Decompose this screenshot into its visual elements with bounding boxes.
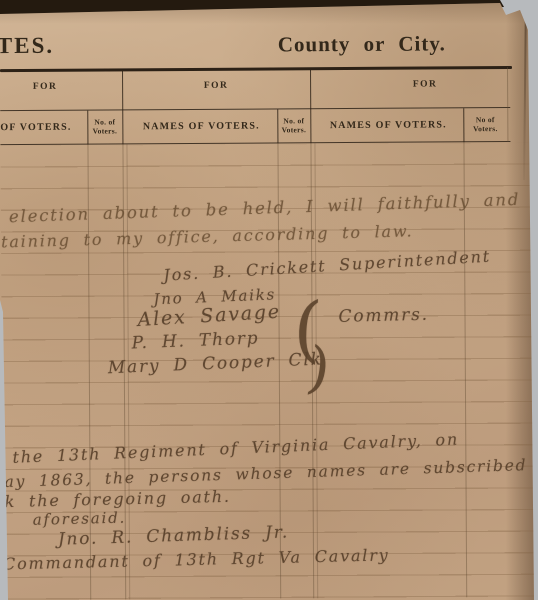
names-of-voters-header-partial: OF VOTERS. xyxy=(0,122,85,134)
names-of-voters-header-3: NAMES OF VOTERS. xyxy=(313,119,463,131)
table-for-header-3: FOR xyxy=(325,79,525,90)
table-top-rule xyxy=(0,66,512,72)
certification-line-4: aforesaid. xyxy=(33,509,127,529)
document-content: TES. County or City. FOR FOR FOR xyxy=(0,0,538,600)
no-of-voters-header-1: No. of Voters. xyxy=(88,118,121,135)
table-header-divider xyxy=(0,107,510,111)
no-of-voters-header-2: No. of Voters. xyxy=(278,117,309,134)
no-of-voters-line2: Voters. xyxy=(473,124,498,133)
names-of-voters-header-2: NAMES OF VOTERS. xyxy=(125,120,277,132)
table-group-line xyxy=(310,68,312,143)
page-title-county-or-city: County or City. xyxy=(278,31,446,57)
table-for-header-1: FOR xyxy=(0,82,90,93)
no-of-voters-header-3: No of Voters. xyxy=(464,116,506,133)
document-paper: TES. County or City. FOR FOR FOR xyxy=(0,0,538,600)
table-for-header-2: FOR xyxy=(122,80,310,91)
page-title-left-partial: TES. xyxy=(0,33,54,59)
commissioners-label: Commrs. xyxy=(338,305,429,327)
photo-frame: TES. County or City. FOR FOR FOR xyxy=(0,0,538,600)
no-of-voters-line2: Voters. xyxy=(282,125,307,134)
no-of-voters-line2: Voters. xyxy=(93,126,118,135)
